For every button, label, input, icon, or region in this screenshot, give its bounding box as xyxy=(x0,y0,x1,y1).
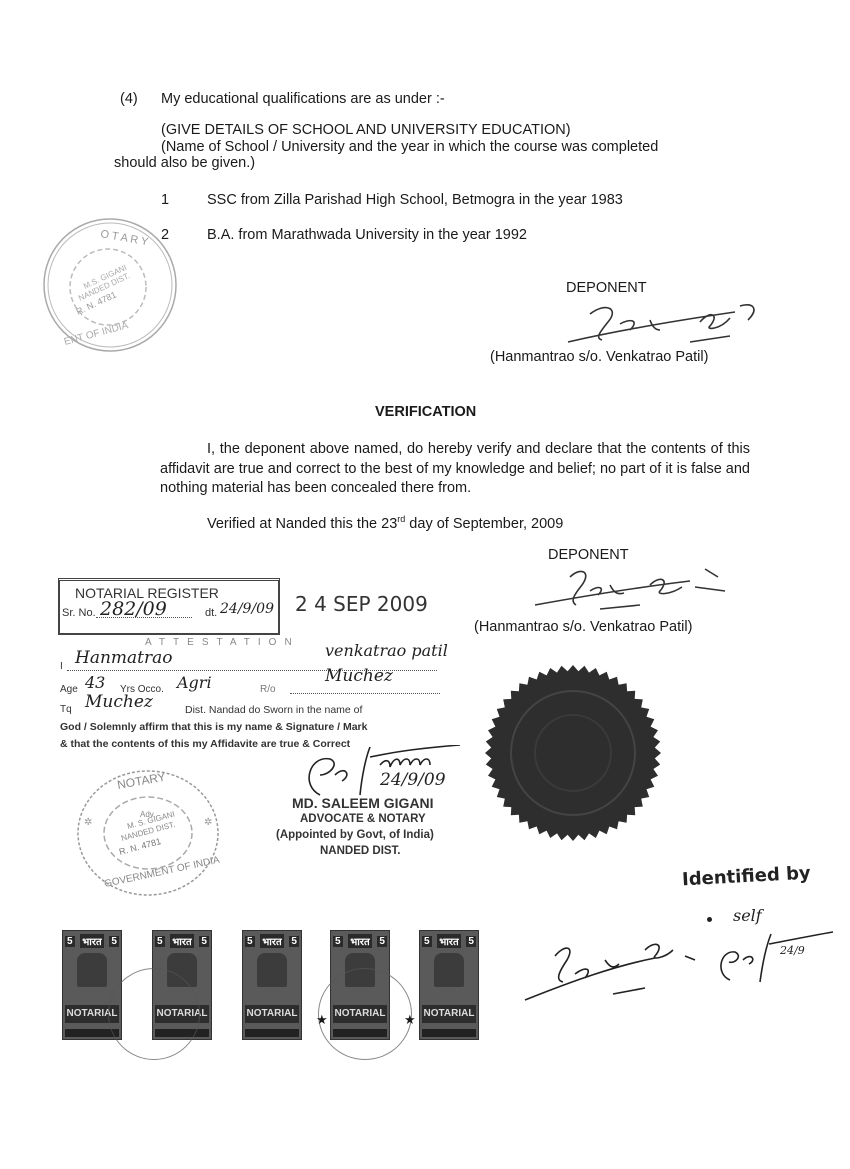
stamp-value: 5 xyxy=(422,936,432,947)
instruction-line-2: should also be given.) xyxy=(114,155,255,172)
embossed-seal xyxy=(485,665,661,841)
attest-name: Hanmatrao xyxy=(75,648,173,668)
verified-line: Verified at Nanded this the 23rd day of … xyxy=(207,511,563,533)
sr-no-dotted-line xyxy=(96,617,192,618)
identified-by-note: self xyxy=(733,906,762,925)
attest-i-label: I xyxy=(60,661,63,672)
stamp-value: 5 xyxy=(109,936,119,947)
attest-line xyxy=(290,693,440,694)
ashoka-emblem-icon xyxy=(77,953,107,987)
star-icon: ★ xyxy=(404,1012,416,1028)
stamp-value: 5 xyxy=(199,936,209,947)
stamp-value: 5 xyxy=(377,936,387,947)
notary-seal-faded: O T A R Y M.S. GIGANI NANDED DIST. R. N.… xyxy=(40,205,190,355)
residence-value: Muchez xyxy=(325,666,393,686)
verification-title: VERIFICATION xyxy=(375,404,476,421)
svg-text:ENT OF INDIA: ENT OF INDIA xyxy=(63,320,130,348)
notary-district: NANDED DIST. xyxy=(320,845,401,857)
revenue-stamp: 5भारत5NOTARIAL xyxy=(419,930,479,1040)
stamp-header: 5भारत5 xyxy=(245,933,299,949)
identification-date: 24/9 xyxy=(780,944,805,957)
svg-text:GOVERNMENT OF INDIA: GOVERNMENT OF INDIA xyxy=(103,855,221,890)
deponent-label: DEPONENT xyxy=(548,547,629,564)
notary-name: MD. SALEEM GIGANI xyxy=(292,795,434,811)
revenue-stamp: 5भारत5NOTARIAL xyxy=(242,930,302,1040)
attest-father-name: venkatrao patil xyxy=(325,641,448,660)
ro-label: R/o xyxy=(260,684,276,695)
section-number: (4) xyxy=(120,91,138,108)
deponent-signature xyxy=(560,300,780,350)
stamp-script: भारत xyxy=(348,934,371,948)
stamp-footer xyxy=(422,1029,476,1037)
bullet-dot xyxy=(707,917,712,922)
qualification-item: B.A. from Marathwada University in the y… xyxy=(207,227,527,244)
tq-value: Muchez xyxy=(85,692,153,712)
dt-label: dt. xyxy=(205,607,217,619)
deponent-name: (Hanmantrao s/o. Venkatrao Patil) xyxy=(474,619,692,636)
notary-seal-overprint xyxy=(108,968,200,1060)
age-value: 43 xyxy=(85,673,105,692)
tq-label: Tq xyxy=(60,704,72,715)
stamp-value: 5 xyxy=(155,936,165,947)
instruction-line-1: (Name of School / University and the yea… xyxy=(161,139,658,156)
notary-seal-overprint xyxy=(318,968,412,1060)
stamp-header: 5भारत5 xyxy=(422,933,476,949)
stamp-value: 5 xyxy=(245,936,255,947)
stamp-value: 5 xyxy=(333,936,343,947)
date-stamp: 2 4 SEP 2009 xyxy=(295,592,428,616)
stamp-value: 5 xyxy=(65,936,75,947)
notary-title: ADVOCATE & NOTARY xyxy=(300,813,426,825)
svg-text:✲: ✲ xyxy=(204,817,212,828)
section-heading: My educational qualifications are as und… xyxy=(161,91,445,108)
stamp-header: 5भारत5 xyxy=(65,933,119,949)
age-label: Age xyxy=(60,684,78,695)
star-icon: ★ xyxy=(316,1012,328,1028)
stamp-footer xyxy=(245,1029,299,1037)
stamp-label: NOTARIAL xyxy=(245,1005,299,1023)
stamp-value: 5 xyxy=(466,936,476,947)
identification-signatures xyxy=(515,930,845,1005)
notary-seal: NOTARY Adv. M. S. GIGANI NANDED DIST. R.… xyxy=(70,765,230,905)
attest-line-3: Dist. Nandad do Sworn in the name of xyxy=(185,704,362,716)
stamp-script: भारत xyxy=(80,934,103,948)
verification-body: I, the deponent above named, do hereby v… xyxy=(160,440,750,499)
deponent-label: DEPONENT xyxy=(566,280,647,297)
svg-text:NOTARY: NOTARY xyxy=(116,770,167,792)
stamp-script: भारत xyxy=(170,934,193,948)
deponent-signature xyxy=(530,565,750,615)
instruction-caps: (GIVE DETAILS OF SCHOOL AND UNIVERSITY E… xyxy=(161,122,571,139)
deponent-name: (Hanmantrao s/o. Venkatrao Patil) xyxy=(490,349,708,366)
sr-no-label: Sr. No. xyxy=(62,607,96,619)
svg-text:O T A R Y: O T A R Y xyxy=(99,228,149,248)
attestation-heading: ATTESTATION xyxy=(145,637,300,648)
ashoka-emblem-icon xyxy=(434,953,464,987)
stamp-script: भारत xyxy=(437,934,460,948)
occupation-value: Agri xyxy=(177,673,212,692)
stamp-value: 5 xyxy=(289,936,299,947)
qualification-item: SSC from Zilla Parishad High School, Bet… xyxy=(207,192,623,209)
stamp-label: NOTARIAL xyxy=(422,1005,476,1023)
attest-line-4: God / Solemnly affirm that this is my na… xyxy=(60,721,367,733)
notary-appointed: (Appointed by Govt, of India) xyxy=(276,829,434,841)
stamp-script: भारत xyxy=(260,934,283,948)
identified-by-label: Identified by xyxy=(682,863,812,891)
notary-signature-date: 24/9/09 xyxy=(380,770,446,790)
stamp-header: 5भारत5 xyxy=(155,933,209,949)
stamp-header: 5भारत5 xyxy=(333,933,387,949)
ashoka-emblem-icon xyxy=(257,953,287,987)
svg-text:✲: ✲ xyxy=(84,817,92,828)
dt-value: 24/9/09 xyxy=(220,601,274,617)
